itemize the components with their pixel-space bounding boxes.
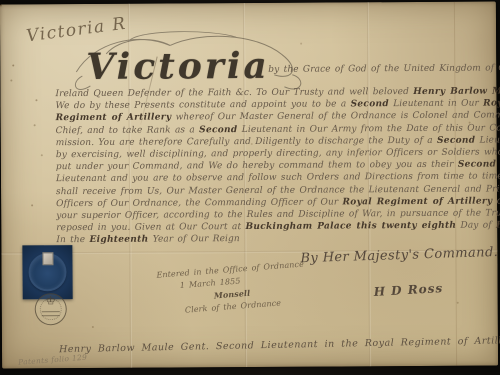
command-signature: H D Ross [373, 281, 443, 299]
seal-wafer [42, 252, 53, 265]
line-text: or any other [492, 196, 500, 206]
ordnance-entry-block: Entered in the Office of Ordnance 1 Marc… [150, 258, 313, 319]
handwritten-regnal-year: Eighteenth [89, 235, 148, 245]
handwritten-word: Royal [483, 99, 500, 109]
photo-background: Victoria R Victoria by the Grace of God … [0, 0, 500, 375]
body-line-1: by the Grace of God of the United Kingdo… [268, 62, 496, 76]
body-text: Ireland Queen Defender of the Faith &c. … [55, 86, 494, 247]
line-text: We do by these Presents constitute and a… [55, 100, 350, 112]
command-line: By Her Majesty's Command. [300, 245, 498, 266]
handwritten-name: Henry Barlow Maule Gent [413, 86, 500, 97]
crown-icon: ♔ [36, 295, 66, 307]
line-text: Lieutenant [475, 135, 500, 145]
handwritten-rank: Second [351, 99, 389, 109]
line-text: Lieutenant in Our [389, 99, 483, 110]
line-text: whereof Our Master General of the Ordnan… [171, 111, 500, 123]
line-text: Lieutenant and you are to observe and fo… [56, 172, 500, 185]
handwritten-rank: Second [437, 135, 475, 145]
body-line-14: In the Eighteenth Year of Our Reign [56, 232, 494, 247]
line-text: by the Grace of God of the United Kingdo… [268, 63, 500, 75]
docket-line: Henry Barlow Maule Gent. Second Lieutena… [59, 335, 499, 355]
line-text: Lieutenant in Our Army from the Date of … [237, 123, 500, 135]
line-text: reposed in you. Given at Our Court at [56, 222, 245, 233]
handwritten-place-date: Buckingham Palace this twenty eighth [245, 221, 456, 232]
line-text: Ireland Queen Defender of the Faith &c. … [55, 87, 413, 99]
handwritten-rank: Second [458, 160, 496, 170]
line-text: Year of Our Reign [148, 234, 239, 245]
commission-document: Victoria R Victoria by the Grace of God … [0, 1, 498, 368]
stamp-band-line [42, 315, 60, 316]
handwritten-regiment: Regiment of Artillery [56, 113, 172, 124]
handwritten-regiment: Royal Regiment of Artillery [342, 196, 492, 207]
stamp-band-line [42, 311, 60, 312]
folio-note: Patents folio 129 [18, 353, 88, 367]
handwritten-date: February 1855 — [496, 220, 500, 231]
line-text: mission. You are therefore Carefully and… [56, 136, 437, 148]
foxing-specks [0, 5, 2, 7]
line-text: Chief, and to take Rank as a [56, 125, 200, 136]
handwritten-rank: Second [199, 125, 237, 135]
heading-text: Victoria [86, 45, 270, 88]
blue-paper-seal [22, 245, 72, 299]
line-text: In the [56, 235, 89, 245]
line-text: Day of [456, 221, 496, 231]
ordnance-date-stamp: ♔ [35, 293, 67, 325]
line-text: Officers of Our Ordnance, the Commanding… [56, 197, 342, 209]
